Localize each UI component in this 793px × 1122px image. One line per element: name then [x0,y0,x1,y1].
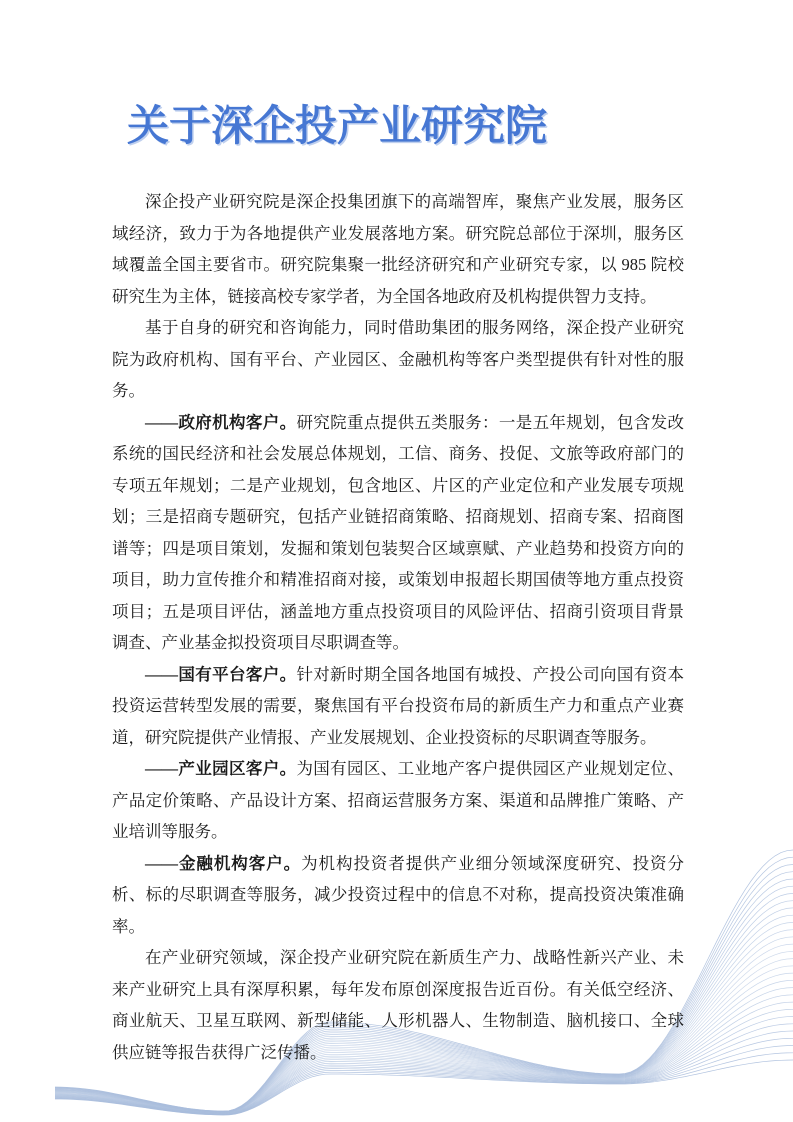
paragraph-text: 在产业研究领域，深企投产业研究院在新质生产力、战略性新兴产业、未来产业研究上具有… [112,948,684,1062]
document-page: { "page": { "title": "关于深企投产业研究院", "titl… [0,0,793,1122]
paragraph: 基于自身的研究和咨询能力，同时借助集团的服务网络，深企投产业研究院为政府机构、国… [112,312,684,407]
page-background: 关于深企投产业研究院 深企投产业研究院是深企投集团旗下的高端智库，聚焦产业发展，… [0,0,793,1122]
paragraph-lead: ——产业园区客户。 [145,759,296,778]
paragraph-text: 深企投产业研究院是深企投集团旗下的高端智库，聚焦产业发展，服务区域经济，致力于为… [112,192,684,306]
wave-line [55,1060,793,1115]
paragraph: ——政府机构客户。研究院重点提供五类服务：一是五年规划，包含发改系统的国民经济和… [112,407,684,659]
paragraph-lead: ——金融机构客户。 [145,854,301,873]
paragraph-lead: ——政府机构客户。 [145,413,296,432]
document-body: 深企投产业研究院是深企投集团旗下的高端智库，聚焦产业发展，服务区域经济，致力于为… [112,186,684,1068]
paragraph: ——产业园区客户。为国有园区、工业地产客户提供园区产业规划定位、产品定价策略、产… [112,753,684,848]
paragraph-text: 基于自身的研究和咨询能力，同时借助集团的服务网络，深企投产业研究院为政府机构、国… [112,318,684,400]
paragraph: ——国有平台客户。针对新时期全国各地国有城投、产投公司向国有资本投资运营转型发展… [112,659,684,754]
page-title: 关于深企投产业研究院 [127,102,547,150]
paragraph: ——金融机构客户。为机构投资者提供产业细分领域深度研究、投资分析、标的尽职调查等… [112,848,684,943]
paragraph: 在产业研究领域，深企投产业研究院在新质生产力、战略性新兴产业、未来产业研究上具有… [112,942,684,1068]
paragraph-lead: ——国有平台客户。 [145,665,296,684]
paragraph-text: 研究院重点提供五类服务：一是五年规划，包含发改系统的国民经济和社会发展总体规划，… [112,413,684,653]
paragraph: 深企投产业研究院是深企投集团旗下的高端智库，聚焦产业发展，服务区域经济，致力于为… [112,186,684,312]
